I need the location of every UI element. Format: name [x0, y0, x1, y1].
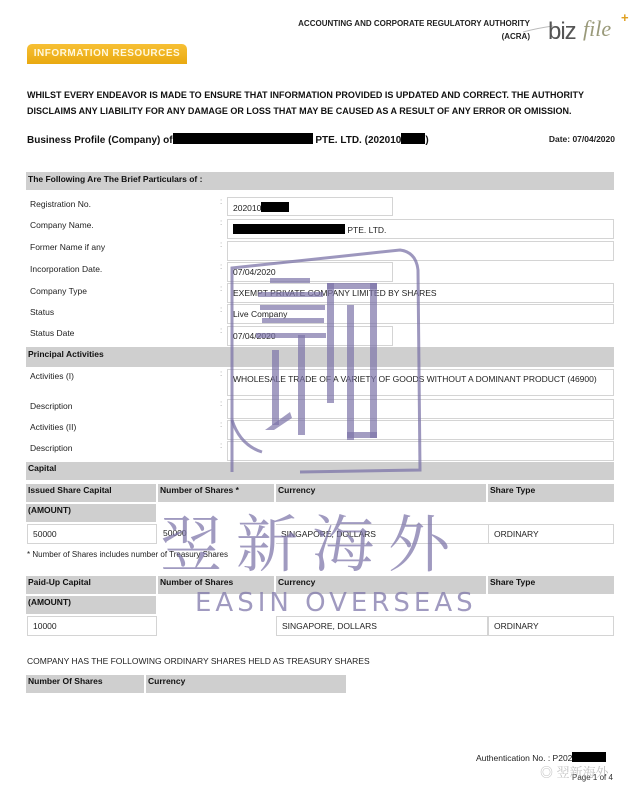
paidup-sharetype-header: Share Type: [488, 576, 614, 594]
logo-file: file: [583, 16, 611, 42]
authority-line2: (ACRA): [298, 30, 530, 43]
redacted-name: [173, 133, 313, 144]
field-label: Status: [30, 307, 54, 317]
paidup-currency-header: Currency: [276, 576, 486, 594]
issued-sharetype-value: ORDINARY: [488, 524, 614, 544]
bizfile-logo: biz file +: [545, 10, 630, 46]
authentication-number: Authentication No. : P202: [476, 752, 606, 763]
wechat-icon: ◎: [540, 765, 553, 780]
logo-biz: biz: [548, 18, 576, 46]
issued-currency-value: SINGAPORE, DOLLARS: [276, 524, 488, 544]
activity-label: Activities (II): [30, 422, 76, 432]
field-colon: :: [220, 399, 222, 408]
authority-line1: ACCOUNTING AND CORPORATE REGULATORY AUTH…: [298, 17, 530, 30]
field-colon: :: [220, 420, 222, 429]
field-colon: :: [220, 262, 222, 271]
field-label: Company Type: [30, 286, 87, 296]
auth-label: Authentication No. : P202: [476, 753, 572, 763]
field-label: Company Name.: [30, 220, 94, 230]
authority-name: ACCOUNTING AND CORPORATE REGULATORY AUTH…: [298, 17, 530, 43]
paidup-currency-value: SINGAPORE, DOLLARS: [276, 616, 488, 636]
paidup-capital-header: Paid-Up Capital: [26, 576, 156, 594]
field-value-text: 202010: [233, 203, 261, 213]
redacted-auth: [572, 752, 606, 762]
particulars-heading: The Following Are The Brief Particulars …: [26, 172, 614, 190]
activity-label: Activities (I): [30, 371, 74, 381]
field-value: 202010: [227, 197, 393, 216]
field-colon: :: [220, 197, 222, 206]
treasury-currency-header: Currency: [146, 675, 346, 693]
paidup-sharetype-value: ORDINARY: [488, 616, 614, 636]
treasury-note: * Number of Shares includes number of Tr…: [27, 550, 228, 559]
treasury-shares-header: Number Of Shares: [26, 675, 144, 693]
activity-label: Description: [30, 401, 73, 411]
issued-sharetype-header: Share Type: [488, 484, 614, 502]
treasury-statement: COMPANY HAS THE FOLLOWING ORDINARY SHARE…: [27, 656, 370, 666]
redacted-name: [233, 224, 345, 234]
paidup-shares-header: Number of Shares: [158, 576, 274, 594]
activity-value: WHOLESALE TRADE OF A VARIETY OF GOODS WI…: [227, 369, 614, 396]
page-number: Page 1 of 4: [572, 773, 613, 782]
field-label: Former Name if any: [30, 242, 105, 252]
information-resources-banner: INFORMATION RESOURCES: [27, 44, 187, 64]
title-suffix: PTE. LTD. (202010: [315, 135, 401, 146]
field-value: PTE. LTD.: [227, 219, 614, 239]
field-value-text: 07/04/2020: [233, 267, 276, 277]
activity-value: [227, 399, 614, 419]
paidup-amount-value: 10000: [27, 616, 157, 636]
issued-amount-value: 50000: [27, 524, 157, 544]
issued-shares-value: 50000: [158, 524, 276, 544]
field-colon: :: [220, 441, 222, 450]
disclaimer-text: WHILST EVERY ENDEAVOR IS MADE TO ENSURE …: [27, 87, 617, 119]
field-label: Incorporation Date.: [30, 264, 102, 274]
field-colon: :: [220, 218, 222, 227]
activity-value: [227, 441, 614, 461]
field-colon: :: [220, 305, 222, 314]
title-prefix: Business Profile (Company) of: [27, 135, 173, 146]
redacted-reg: [401, 133, 425, 144]
issued-capital-header: Issued Share Capital: [26, 484, 156, 502]
field-value-text: EXEMPT PRIVATE COMPANY LIMITED BY SHARES: [233, 288, 437, 298]
field-colon: :: [220, 284, 222, 293]
field-value-text: PTE. LTD.: [347, 225, 386, 235]
title-close: ): [425, 135, 428, 146]
field-label: Status Date: [30, 328, 74, 338]
field-value: EXEMPT PRIVATE COMPANY LIMITED BY SHARES: [227, 283, 614, 303]
page-title: Business Profile (Company) of PTE. LTD. …: [27, 133, 429, 146]
field-value: 07/04/2020: [227, 262, 393, 282]
redacted-reg: [261, 202, 289, 212]
issued-currency-header: Currency: [276, 484, 486, 502]
field-colon: :: [220, 326, 222, 335]
activity-value: [227, 420, 614, 440]
activity-label: Description: [30, 443, 73, 453]
field-value-text: Live Company: [233, 309, 287, 319]
capital-heading: Capital: [26, 462, 614, 480]
field-value-text: 07/04/2020: [233, 331, 276, 341]
logo-plus-icon: +: [621, 10, 629, 25]
field-value: Live Company: [227, 304, 614, 324]
principal-activities-heading: Principal Activities: [26, 347, 614, 367]
field-label: Registration No.: [30, 199, 91, 209]
report-date: Date: 07/04/2020: [549, 134, 615, 144]
field-value: [227, 241, 614, 261]
paidup-amount-subheader: (AMOUNT): [26, 596, 156, 614]
issued-amount-subheader: (AMOUNT): [26, 504, 156, 522]
issued-shares-header: Number of Shares *: [158, 484, 274, 502]
field-value: 07/04/2020: [227, 326, 393, 346]
field-colon: :: [220, 369, 222, 378]
field-colon: :: [220, 240, 222, 249]
